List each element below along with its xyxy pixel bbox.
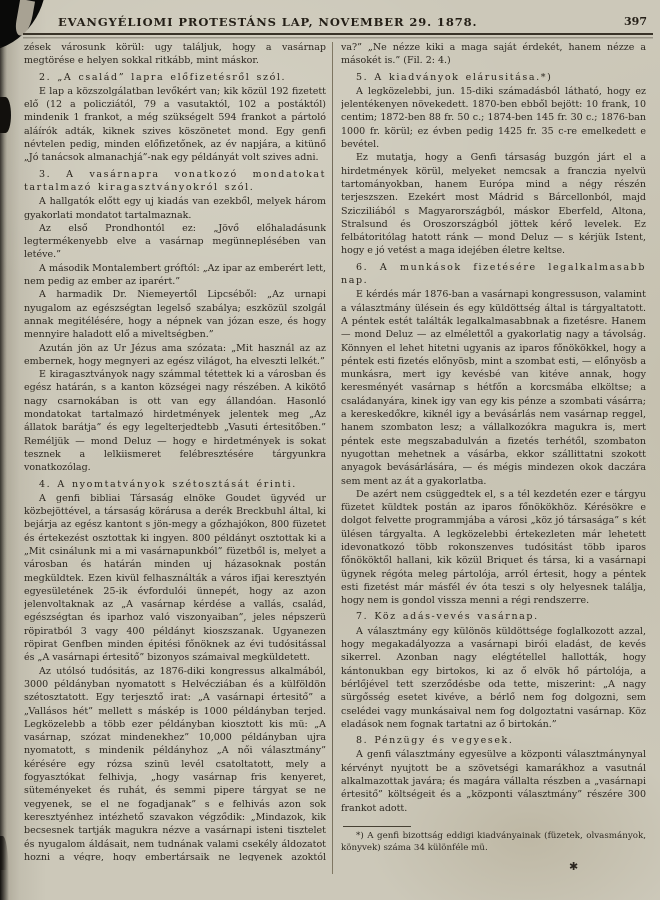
- paragraph: De azért nem csüggedtek el, s a tél kezd…: [341, 488, 646, 608]
- section-heading: 2. „A család” lapra előfizetésről szól.: [24, 71, 326, 84]
- section-heading: 4. A nyomtatványok szétosztását érinti.: [24, 478, 326, 491]
- paragraph: A hallgatók előtt egy uj kiadás van ezek…: [24, 195, 326, 222]
- paragraph: A genfi választmány egyesülve a központi…: [341, 748, 646, 814]
- right-column: va?” „Ne nézze kiki a maga saját érdekét…: [341, 41, 646, 889]
- binding-edge-shadow: [0, 46, 7, 870]
- scan-corner-shadow-bottom: [0, 836, 9, 900]
- paragraph: E kiragasztványok nagy számmal tétettek …: [24, 368, 326, 474]
- paragraph: A legközelebbi, jun. 15-diki számadásból…: [341, 85, 646, 151]
- section-heading: 8. Pénzügy és vegyesek.: [341, 734, 646, 747]
- newspaper-page: EVANGYÉLIOMI PROTESTÁNS LAP, NOVEMBER 29…: [0, 0, 660, 900]
- footnote-text: *) A genfi bizottság eddigi kiadványaina…: [341, 831, 646, 855]
- paragraph: A genfi bibliai Társaság elnöke Goudet ü…: [24, 492, 326, 665]
- footnote-rule: [343, 826, 411, 827]
- page-number: 397: [624, 15, 647, 28]
- paragraph: Azután jön az Ur Jézus ama szózata: „Mit…: [24, 342, 326, 369]
- left-column: zések városunk körül: ugy találjuk, hogy…: [24, 41, 326, 861]
- masthead-title: EVANGYÉLIOMI PROTESTÁNS LAP, NOVEMBER 29…: [58, 15, 458, 29]
- section-heading: 7. Köz adás-vevés vasárnap.: [341, 610, 646, 623]
- paragraph: A harmadik Dr. Niemeyertől Lipcséből: „A…: [24, 288, 326, 341]
- paragraph: E kérdés már 1876-ban a vasárnapi kongre…: [341, 288, 646, 487]
- paragraph: Az utólsó tudósitás, az 1876-diki kongre…: [24, 665, 326, 861]
- section-heading: 6. A munkások fizetésére legalkalmasabb …: [341, 261, 646, 288]
- paragraph: Ez mutatja, hogy a Genfi társaság buzgón…: [341, 151, 646, 257]
- column-divider: [332, 42, 333, 874]
- paragraph: A választmány egy különös küldöttsége fo…: [341, 625, 646, 731]
- paragraph: Az első Prondhontól ez: „Jövő előhaladás…: [24, 222, 326, 262]
- scan-edge-mark: [0, 97, 11, 133]
- header-rule: [23, 33, 653, 37]
- section-heading: 5. A kiadványok elárusitása.*): [341, 71, 646, 84]
- section-heading: 3. A vasárnapra vonatkozó mondatokat tar…: [24, 168, 326, 195]
- asterisk-ornament: ✱: [341, 860, 646, 873]
- paragraph: E lap a közszolgálatban levőkért van; ki…: [24, 85, 326, 165]
- paragraph: A második Montalembert gróftól: „Az ipar…: [24, 262, 326, 289]
- paragraph: zések városunk körül: ugy találjuk, hogy…: [24, 41, 326, 68]
- paragraph: va?” „Ne nézze kiki a maga saját érdekét…: [341, 41, 646, 68]
